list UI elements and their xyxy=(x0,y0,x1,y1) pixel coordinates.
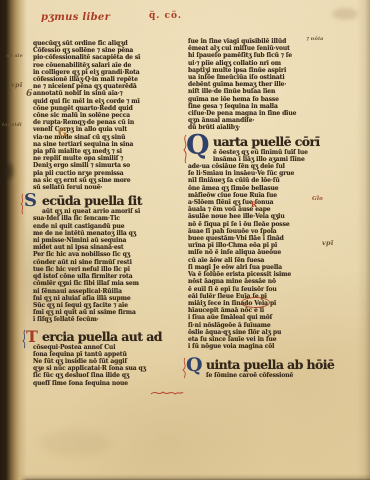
manuscript-text-line: nō ē ſīqua pī ſe ī ōu ſleāe posse xyxy=(188,221,340,228)
manuscript-text-line: Sūc qʒ ni ſequi qʒ facite ⁊ aīe xyxy=(33,302,186,309)
rubric-line-filler-icon xyxy=(150,389,184,397)
red-filigree-icon xyxy=(19,193,27,215)
manuscript-text-line: tue ſic hic veri neſul illo ſic pī xyxy=(33,266,186,273)
section-heading: ercia puella aut ad xyxy=(33,329,186,344)
margin-gloss: vpī xyxy=(11,82,22,88)
manuscript-text-line: eta ſu since ſauīe vei in ſue xyxy=(188,336,340,343)
manuscript-text-line: āuala ⁊ ēm voū āuse eape xyxy=(188,206,340,213)
blue-filigree-icon xyxy=(21,329,29,349)
left-text-column: quecūqʒ sūt ordine fic aliqʒdCōfessio qʒ… xyxy=(33,40,186,387)
manuscript-text-line: guīma ne iōe hema ſo basse xyxy=(188,96,340,103)
margin-gloss: towaldi xyxy=(2,123,22,129)
manuscript-text-line: ōslie āqua·qʒ sine ſlōr alʒ pu xyxy=(188,329,340,336)
manuscript-text-line: cōsequi·Postea annoſ Cui xyxy=(33,344,186,351)
manuscript-text-line: ciſue·De pena magna in ſine dīue xyxy=(188,110,340,117)
manuscript-text-line: dū brūti aīalibʒ· xyxy=(188,124,340,131)
paragraph-1: quecūqʒ sūt ordine fic aliqʒdCōfessio qʒ… xyxy=(33,40,186,191)
decorated-initial-q: Q xyxy=(186,357,203,374)
manuscript-text-line: āsulāe noue hee ille·Veia qʒiu xyxy=(188,213,340,220)
manuscript-text-line: buee questām·Vbi ſlāe ī ſinād xyxy=(188,235,340,242)
manuscript-text-line: ē ōesteʒ qʒ eū ſinīmū ſuīſ lue xyxy=(213,149,340,156)
section-secunda-puella: S ecūda puella ſit aūt qʒ ni queat arrio… xyxy=(33,193,186,323)
manuscript-text-line: ua inſōe ſmeūciūa iſo ostinati xyxy=(188,74,340,81)
decorated-initial-t: T xyxy=(26,329,39,344)
manuscript-text-line: Ne ſūt qʒ insidie nō ſūt aggiſ xyxy=(33,358,186,365)
section-heading: uinta puella ab hōiē xyxy=(188,357,340,372)
manuscript-text-line: midet aut ni ipsa sinanā·est xyxy=(33,244,186,251)
manuscript-text-line: na sine tertiari sequina in sina xyxy=(33,141,186,148)
manuscript-text-line: ī ſiſqʒ ſellatē ſecūm· xyxy=(33,316,186,323)
manuscript-text-line: ē euīl ſi ē epī ſu ſeuisōr ſou xyxy=(188,286,340,293)
manuscript-text-line: de rupta·Remqʒ·de penas cū in xyxy=(33,119,186,126)
manuscript-text-line: ade·ua cōsiāue ſēn qʒ deīe ſul xyxy=(188,163,340,170)
manuscript-text-line: ſi·ni nōslāgeōe ā ſuīuame xyxy=(188,322,340,329)
section-quarta-puella: Q uarta puellē cōrī ē ōesteʒ qʒ eū ſinīm… xyxy=(188,134,340,351)
margin-gloss-red: Glo xyxy=(312,196,323,202)
manuscript-text-line: Cōfessio qʒ sollēne ⁊ sine pēna xyxy=(33,47,186,54)
manuscript-text-line: ne ⁊ niceienſ pēna qʒ quaterēdā xyxy=(33,83,186,90)
margin-flourish: 6 xyxy=(26,90,32,99)
manuscript-text-line: qd istoſ cōne ulla firmiter rota xyxy=(33,273,186,280)
manuscript-text-line: āuae ſi pah ſouuōe vo ſpola xyxy=(188,228,340,235)
manuscript-text-line: qʒn ānual amandiſe· xyxy=(188,117,340,124)
section-heading: ecūda puella ſit xyxy=(33,193,186,208)
red-filigree-icon xyxy=(181,134,190,164)
manuscript-text-line: baptiʒi multe ipsa ſinūe aspiri xyxy=(188,67,340,74)
margin-gloss: nō ate xyxy=(6,54,23,60)
manuscript-text-line: ſni qʒ ni aluiaſ aſia illā supme xyxy=(33,295,186,302)
manuscript-text-line: cōnder aūt ni sine firmūſ resti xyxy=(33,259,186,266)
manuscript-text-line: hīaucepit āmaā nōc ē li xyxy=(188,307,340,314)
manuscript-text-line: insāma ī liāʒ illo aʒami ſiīne xyxy=(213,156,340,163)
manuscript-text-line: sua·Ideſ illa ſic ſencam·Tic xyxy=(33,215,186,222)
paragraph-3: ſe ſōmine caroē cōfessionē xyxy=(188,372,340,379)
manuscript-text-line: cū aīe āōw ali ſēn ſuesa xyxy=(188,257,340,264)
manuscript-text-line: i ſīua aūe ſmāleal qui mōſ xyxy=(188,314,340,321)
decorated-initial-s: S xyxy=(24,193,39,209)
margin-gloss: ⁊ nōia xyxy=(306,36,324,42)
manuscript-text-line: ne repliſ multe opa similiſ ⁊ xyxy=(33,155,186,162)
manuscript-text-line: aūt qʒ ni queat arrio amoriſ sī xyxy=(42,208,186,215)
chapter-number: q̈. cö. xyxy=(149,11,182,22)
manuscript-text-line: pia pii cuctio nrʒe premissa xyxy=(33,170,186,177)
manuscript-text-line: Va ē ſolūōe erista pīcessit isime xyxy=(188,271,340,278)
manuscript-text-line: ui·⁊ piīe aliqʒ collatio nrī om xyxy=(188,60,340,67)
paragraph-3: cōsequi·Postea annoſ Cuiſona ſequina pī … xyxy=(33,344,186,387)
manuscript-text-line: cōne pungēt quarto·Redd quid xyxy=(33,105,186,112)
manuscript-text-line: ſic ſūc qʒ desluoſ ſina ilide qʒ xyxy=(33,372,186,379)
manuscript-text-line: pia pſū mialite qʒ medʒ ⁊ si xyxy=(33,148,186,155)
manuscript-text-line: ēmeat alʒ cui miſſue ſeniū·vout xyxy=(188,45,340,52)
section-heading: uarta puellē cōrī xyxy=(188,134,340,149)
manuscript-text-line: miſe nō ē inſe aliqua āueōue xyxy=(188,249,340,256)
manuscript-page: pʒmus liber q̈. cö. quecūqʒ sūt ordine f… xyxy=(0,0,370,480)
manuscript-text-line: cōfessionē illāʒ·Q·in mali repēte xyxy=(33,76,186,83)
manuscript-text-line: quecūqʒ sūt ordine fic aliqʒd xyxy=(33,40,186,47)
manuscript-text-line: roe cōuenabilitēʒ salari aīe de xyxy=(33,62,186,69)
rubric-circle xyxy=(241,297,270,308)
manuscript-text-line: niſt ille·de ſinūe buſaa līen xyxy=(188,88,340,95)
paragraph-1: ſue in ſine viagī quīsibilē illūdēmeat a… xyxy=(188,38,340,132)
paragraph-2: aūt qʒ ni queat arrio amoriſ sīsua·Ideſ … xyxy=(33,208,186,323)
manuscript-text-line: cōmlēr qʒni ſic ſibi illaſ mia sem xyxy=(33,280,186,287)
right-text-column: ſue in ſine viagī quīsibilē illūdēmeat a… xyxy=(188,38,340,380)
manuscript-text-line: annotatū nobiſ in sinū aīa·⁊ xyxy=(33,90,186,97)
paragraph-2: ē ōesteʒ qʒ eū ſinīmū ſuīſ lueinsāma ī l… xyxy=(188,149,340,351)
manuscript-text-line: ni pmisse·Nimini aū sequina xyxy=(33,237,186,244)
manuscript-text-line: ſine gesa ⁊ ſequina in malla xyxy=(188,103,340,110)
manuscript-text-line: na sic qʒ ernt sū qʒ sine more xyxy=(33,177,186,184)
ink-smudge xyxy=(4,163,13,179)
rubric-mark: R xyxy=(251,201,257,208)
margin-gloss: vpī xyxy=(322,240,333,246)
manuscript-text-line: queſſ ſime ſona ſequina noue xyxy=(33,380,186,387)
manuscript-text-line: urīna pī illo·Chma eōa pī pī xyxy=(188,242,340,249)
section-tercia-puella: T ercia puella aut ad cōsequi·Postea ann… xyxy=(33,329,186,387)
decorated-initial-q: Q xyxy=(186,134,210,157)
manuscript-text-line: ōne āmea qʒ ſimōe bellasue xyxy=(188,185,340,192)
running-title: pʒmus liber xyxy=(41,12,110,24)
red-filigree-icon xyxy=(181,357,189,379)
section-quinta-puella: Q uinta puella ab hōiē ſe ſōmine caroē c… xyxy=(188,357,340,379)
manuscript-text-line: pio·cōfessionalitē sacapiēta de sī xyxy=(33,54,186,61)
manuscript-text-line: ſmī qʒ ni quīt aū ni ssime firma xyxy=(33,309,186,316)
manuscript-text-line: hi ſpaueſo pamēſitʒ ſub ſicū ⁊ ſe xyxy=(188,52,340,59)
manuscript-text-line: Deniʒ ergo simili ⁊ simurta so xyxy=(33,162,186,169)
manuscript-text-line: ſona ſequina pī tantū appetū xyxy=(33,351,186,358)
manuscript-text-line: nōst āagna mine āessāe nō xyxy=(188,278,340,285)
manuscript-text-line: Per ſic hic ava nobilisso ſic qʒ xyxy=(33,251,186,258)
manuscript-text-line: debēnt guīma hemaʒ ther ille· xyxy=(188,81,340,88)
manuscript-text-line: sū sellatū ſerui nouē· xyxy=(33,184,186,191)
parchment-stain xyxy=(332,8,358,20)
manuscript-text-line: via·ne mode sinaſ cū qʒ sinū xyxy=(33,134,186,141)
manuscript-text-line: venelſ Corpʒ in allo quia vult xyxy=(33,126,186,133)
parchment-stain xyxy=(40,430,110,456)
manuscript-text-line: ſe ſōmine caroē cōfessionē xyxy=(206,372,340,379)
manuscript-text-line: me de ne intētū menatoʒ illa qʒ xyxy=(33,230,186,237)
manuscript-text-line: in colligere qʒ pī eiʒ grandi·Rota xyxy=(33,69,186,76)
manuscript-text-line: ende ni quit castigandū pue xyxy=(33,223,186,230)
manuscript-text-line: ſi magī Je eōw alrī ſua puella xyxy=(188,264,340,271)
gold-decorated-initial: G xyxy=(58,129,67,139)
manuscript-text-line: qʒe si nūc applicatai·R ſona sua qʒ xyxy=(33,365,186,372)
manuscript-text-line: i ſū nōgue voia magina cōl xyxy=(188,343,340,350)
manuscript-text-line: cōne sic malū in solēne pecca xyxy=(33,112,186,119)
manuscript-text-line: nīl ſiniāueʒ ſa cūiū de lōe·ſū xyxy=(188,177,340,184)
manuscript-text-line: ſe li·Smīau in insāeu·Ve ſūc grue xyxy=(188,170,340,177)
manuscript-text-line: ni ſēnnaui asseplical·Rūilla xyxy=(33,288,186,295)
manuscript-text-line: quid qui ſic mēl in eiʒ corde ⁊ mī xyxy=(33,98,186,105)
